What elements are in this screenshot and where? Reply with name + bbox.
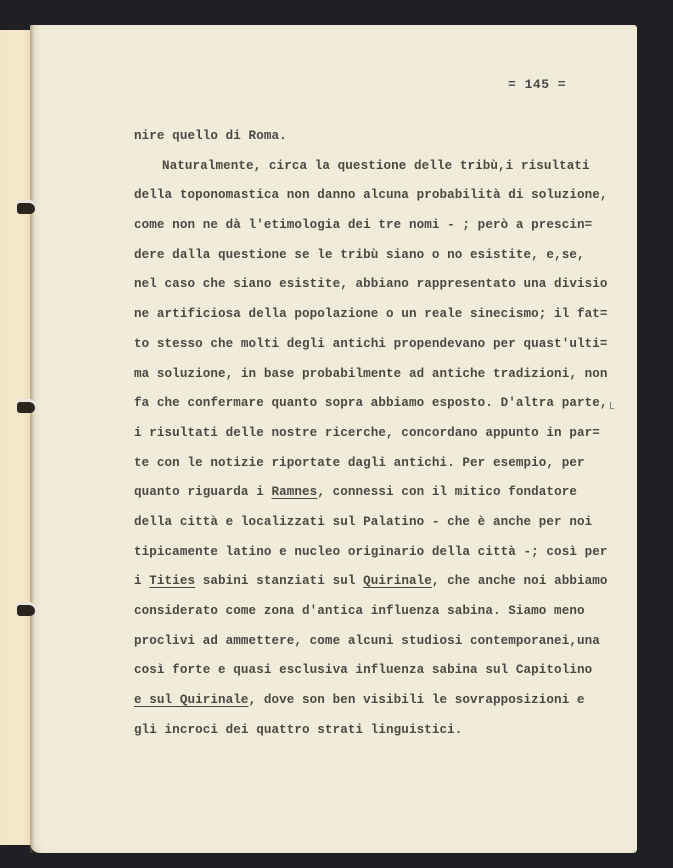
text-line: ne artificiosa della popolazione o un re… xyxy=(134,300,604,330)
text-segment: proclivi ad ammettere, come alcuni studi… xyxy=(134,634,600,648)
text-segment: i risultati delle nostre ricerche, conco… xyxy=(134,426,600,440)
text-line: te con le notizie riportate dagli antich… xyxy=(134,449,604,479)
text-segment: nel caso che siano esistite, abbiano rap… xyxy=(134,277,608,291)
text-segment: fa che confermare quanto sopra abbiamo e… xyxy=(134,396,608,410)
text-segment: , connessi con il mitico fondatore xyxy=(317,485,577,499)
text-segment: della toponomastica non danno alcuna pro… xyxy=(134,188,608,202)
text-segment: così forte e quasi esclusiva influenza s… xyxy=(134,663,592,677)
text-line: e sul Quirinale, dove son ben visibili l… xyxy=(134,686,604,716)
text-segment: della città e localizzati sul Palatino -… xyxy=(134,515,592,529)
typewritten-body: nire quello di Roma.Naturalmente, circa … xyxy=(134,122,604,745)
text-segment: te con le notizie riportate dagli antich… xyxy=(134,456,585,470)
text-line: tipicamente latino e nucleo originario d… xyxy=(134,538,604,568)
underlined-term: e sul Quirinale xyxy=(134,693,249,707)
text-line: ma soluzione, in base probabilmente ad a… xyxy=(134,360,604,390)
text-segment: come non ne dà l'etimologia dei tre nomi… xyxy=(134,218,592,232)
text-segment: ma soluzione, in base probabilmente ad a… xyxy=(134,367,608,381)
text-line: nel caso che siano esistite, abbiano rap… xyxy=(134,270,604,300)
text-line: i risultati delle nostre ricerche, conco… xyxy=(134,419,604,449)
text-segment: to stesso che molti degli antichi propen… xyxy=(134,337,608,351)
text-line: della città e localizzati sul Palatino -… xyxy=(134,508,604,538)
text-segment: Naturalmente, circa la questione delle t… xyxy=(162,159,590,173)
underlined-term: Quirinale xyxy=(363,574,432,588)
text-segment: , dove son ben visibili le sovrapposizio… xyxy=(249,693,585,707)
text-line: quanto riguarda i Ramnes, connessi con i… xyxy=(134,478,604,508)
previous-page-edge xyxy=(0,30,34,845)
text-line: proclivi ad ammettere, come alcuni studi… xyxy=(134,627,604,657)
punch-hole xyxy=(17,203,35,214)
text-segment: dere dalla questione se le tribù siano o… xyxy=(134,248,585,262)
punch-hole xyxy=(17,605,35,616)
text-line: così forte e quasi esclusiva influenza s… xyxy=(134,656,604,686)
text-line: fa che confermare quanto sopra abbiamo e… xyxy=(134,389,604,419)
text-segment: tipicamente latino e nucleo originario d… xyxy=(134,545,608,559)
punch-hole xyxy=(17,402,35,413)
page-number: = 145 = xyxy=(508,77,566,92)
text-segment: nire quello di Roma. xyxy=(134,129,287,143)
text-line: della toponomastica non danno alcuna pro… xyxy=(134,181,604,211)
margin-mark: L xyxy=(609,401,615,412)
text-segment: gli incroci dei quattro strati linguisti… xyxy=(134,723,462,737)
text-segment: , che anche noi abbiamo xyxy=(432,574,608,588)
text-line: to stesso che molti degli antichi propen… xyxy=(134,330,604,360)
underlined-term: Ramnes xyxy=(271,485,317,499)
text-line: come non ne dà l'etimologia dei tre nomi… xyxy=(134,211,604,241)
text-line: Naturalmente, circa la questione delle t… xyxy=(134,152,604,182)
text-segment: i xyxy=(134,574,149,588)
text-segment: considerato come zona d'antica influenza… xyxy=(134,604,585,618)
underlined-term: Tities xyxy=(149,574,195,588)
text-segment: ne artificiosa della popolazione o un re… xyxy=(134,307,608,321)
text-line: gli incroci dei quattro strati linguisti… xyxy=(134,716,604,746)
text-segment: sabini stanziati sul xyxy=(195,574,363,588)
text-line: nire quello di Roma. xyxy=(134,122,604,152)
text-segment: quanto riguarda i xyxy=(134,485,271,499)
text-line: i Tities sabini stanziati sul Quirinale,… xyxy=(134,567,604,597)
text-line: dere dalla questione se le tribù siano o… xyxy=(134,241,604,271)
text-line: considerato come zona d'antica influenza… xyxy=(134,597,604,627)
